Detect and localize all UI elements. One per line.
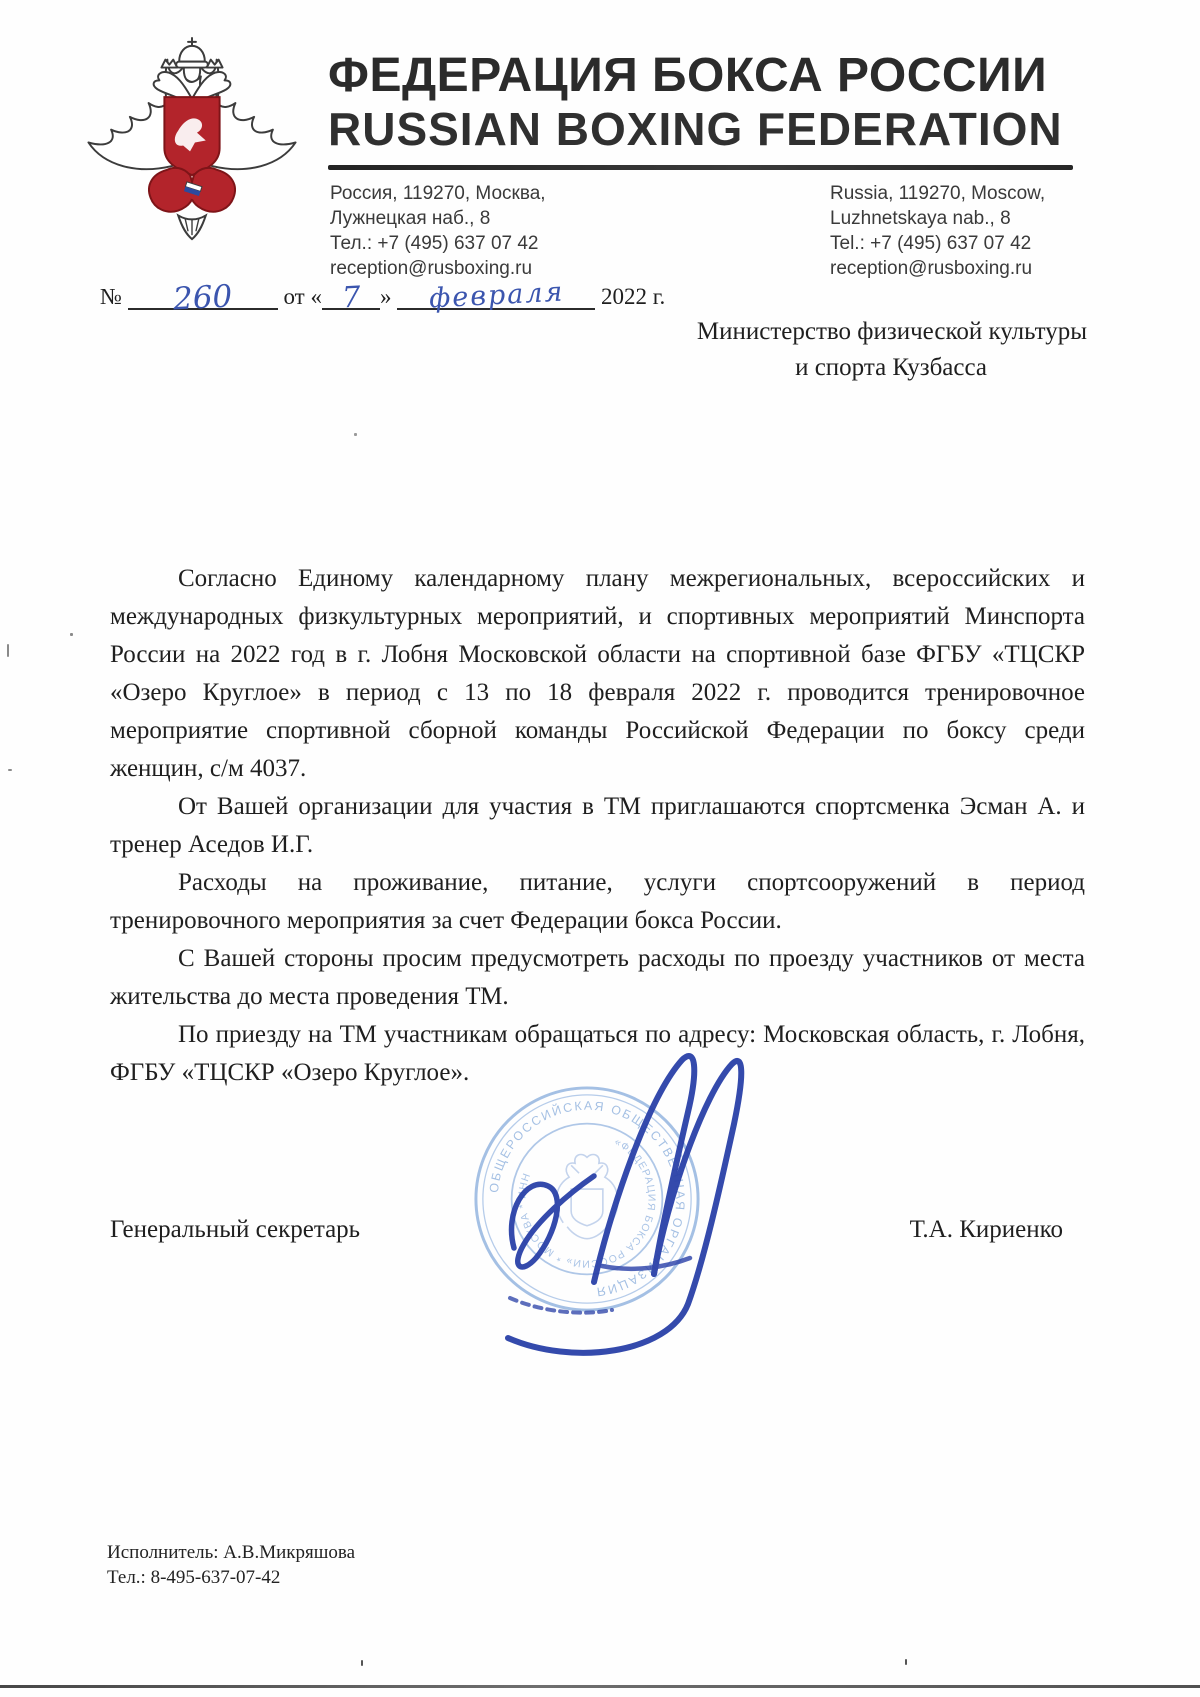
address-ru-line: Тел.: +7 (495) 637 07 42: [330, 231, 546, 256]
number-blank: 260: [128, 278, 278, 310]
scan-artifact: [70, 633, 73, 636]
address-ru-line: Лужнецкая наб., 8: [330, 206, 546, 231]
header-divider: [328, 165, 1073, 170]
address-en: Russia, 119270, Moscow, Luzhnetskaya nab…: [830, 181, 1045, 281]
federation-emblem: [68, 36, 316, 248]
eagle-tail: [178, 215, 206, 239]
executor-phone: Тел.: 8-495-637-07-42: [107, 1565, 355, 1590]
recipient-line1: Министерство физической культуры: [607, 314, 1087, 350]
letter-body: Согласно Единому календарному плану межр…: [110, 560, 1085, 1092]
paragraph: С Вашей стороны просим предусмотреть рас…: [110, 940, 1085, 1016]
address-en-line: Tel.: +7 (495) 637 07 42: [830, 231, 1045, 256]
address-en-line: Russia, 119270, Moscow,: [830, 181, 1045, 206]
year-label: 2022 г.: [601, 284, 665, 309]
paragraph: От Вашей организации для участия в ТМ пр…: [110, 788, 1085, 864]
crown-icon: [176, 38, 208, 68]
paragraph: Расходы на проживание, питание, услуги с…: [110, 864, 1085, 940]
red-shield: [164, 97, 219, 175]
scan-artifact: [361, 1660, 363, 1666]
handwritten-number: 260: [172, 278, 233, 317]
address-ru-line: Россия, 119270, Москва,: [330, 181, 546, 206]
footer-block: Исполнитель: А.В.Микряшова Тел.: 8-495-6…: [107, 1540, 355, 1590]
month-blank: февраля: [397, 278, 595, 310]
handwritten-month: февраля: [428, 276, 565, 314]
day-blank: 7: [322, 278, 380, 310]
doc-number-date-line: № 260 от «7» февраля 2022 г.: [100, 278, 720, 310]
scan-artifact: [7, 644, 9, 657]
scan-edge-line: [0, 1685, 1200, 1688]
executor-line: Исполнитель: А.В.Микряшова: [107, 1540, 355, 1565]
handwritten-day: 7: [341, 280, 361, 315]
paragraph: Согласно Единому календарному плану межр…: [110, 560, 1085, 788]
ink-signature: [452, 1036, 782, 1366]
scan-artifact: [354, 433, 357, 436]
address-en-line: Luzhnetskaya nab., 8: [830, 206, 1045, 231]
recipient-line2: и спорта Кузбасса: [607, 350, 1087, 386]
org-title-en: RUSSIAN BOXING FEDERATION: [328, 102, 1088, 156]
close-quote: »: [380, 284, 392, 309]
recipient-block: Министерство физической культуры и спорт…: [607, 314, 1087, 386]
signatory-role: Генеральный секретарь: [110, 1216, 360, 1244]
number-label: №: [100, 284, 122, 309]
scanned-letter-page: ФЕДЕРАЦИЯ БОКСА РОССИИ RUSSIAN BOXING FE…: [0, 0, 1200, 1697]
org-title-ru: ФЕДЕРАЦИЯ БОКСА РОССИИ: [328, 48, 1088, 103]
scan-artifact: [8, 769, 12, 771]
address-ru: Россия, 119270, Москва, Лужнецкая наб., …: [330, 181, 546, 281]
scan-artifact: [905, 1659, 907, 1665]
from-label: от «: [283, 284, 322, 309]
signatory-name: Т.А. Кириенко: [910, 1216, 1063, 1244]
address-en-email: reception@rusboxing.ru: [830, 256, 1045, 281]
